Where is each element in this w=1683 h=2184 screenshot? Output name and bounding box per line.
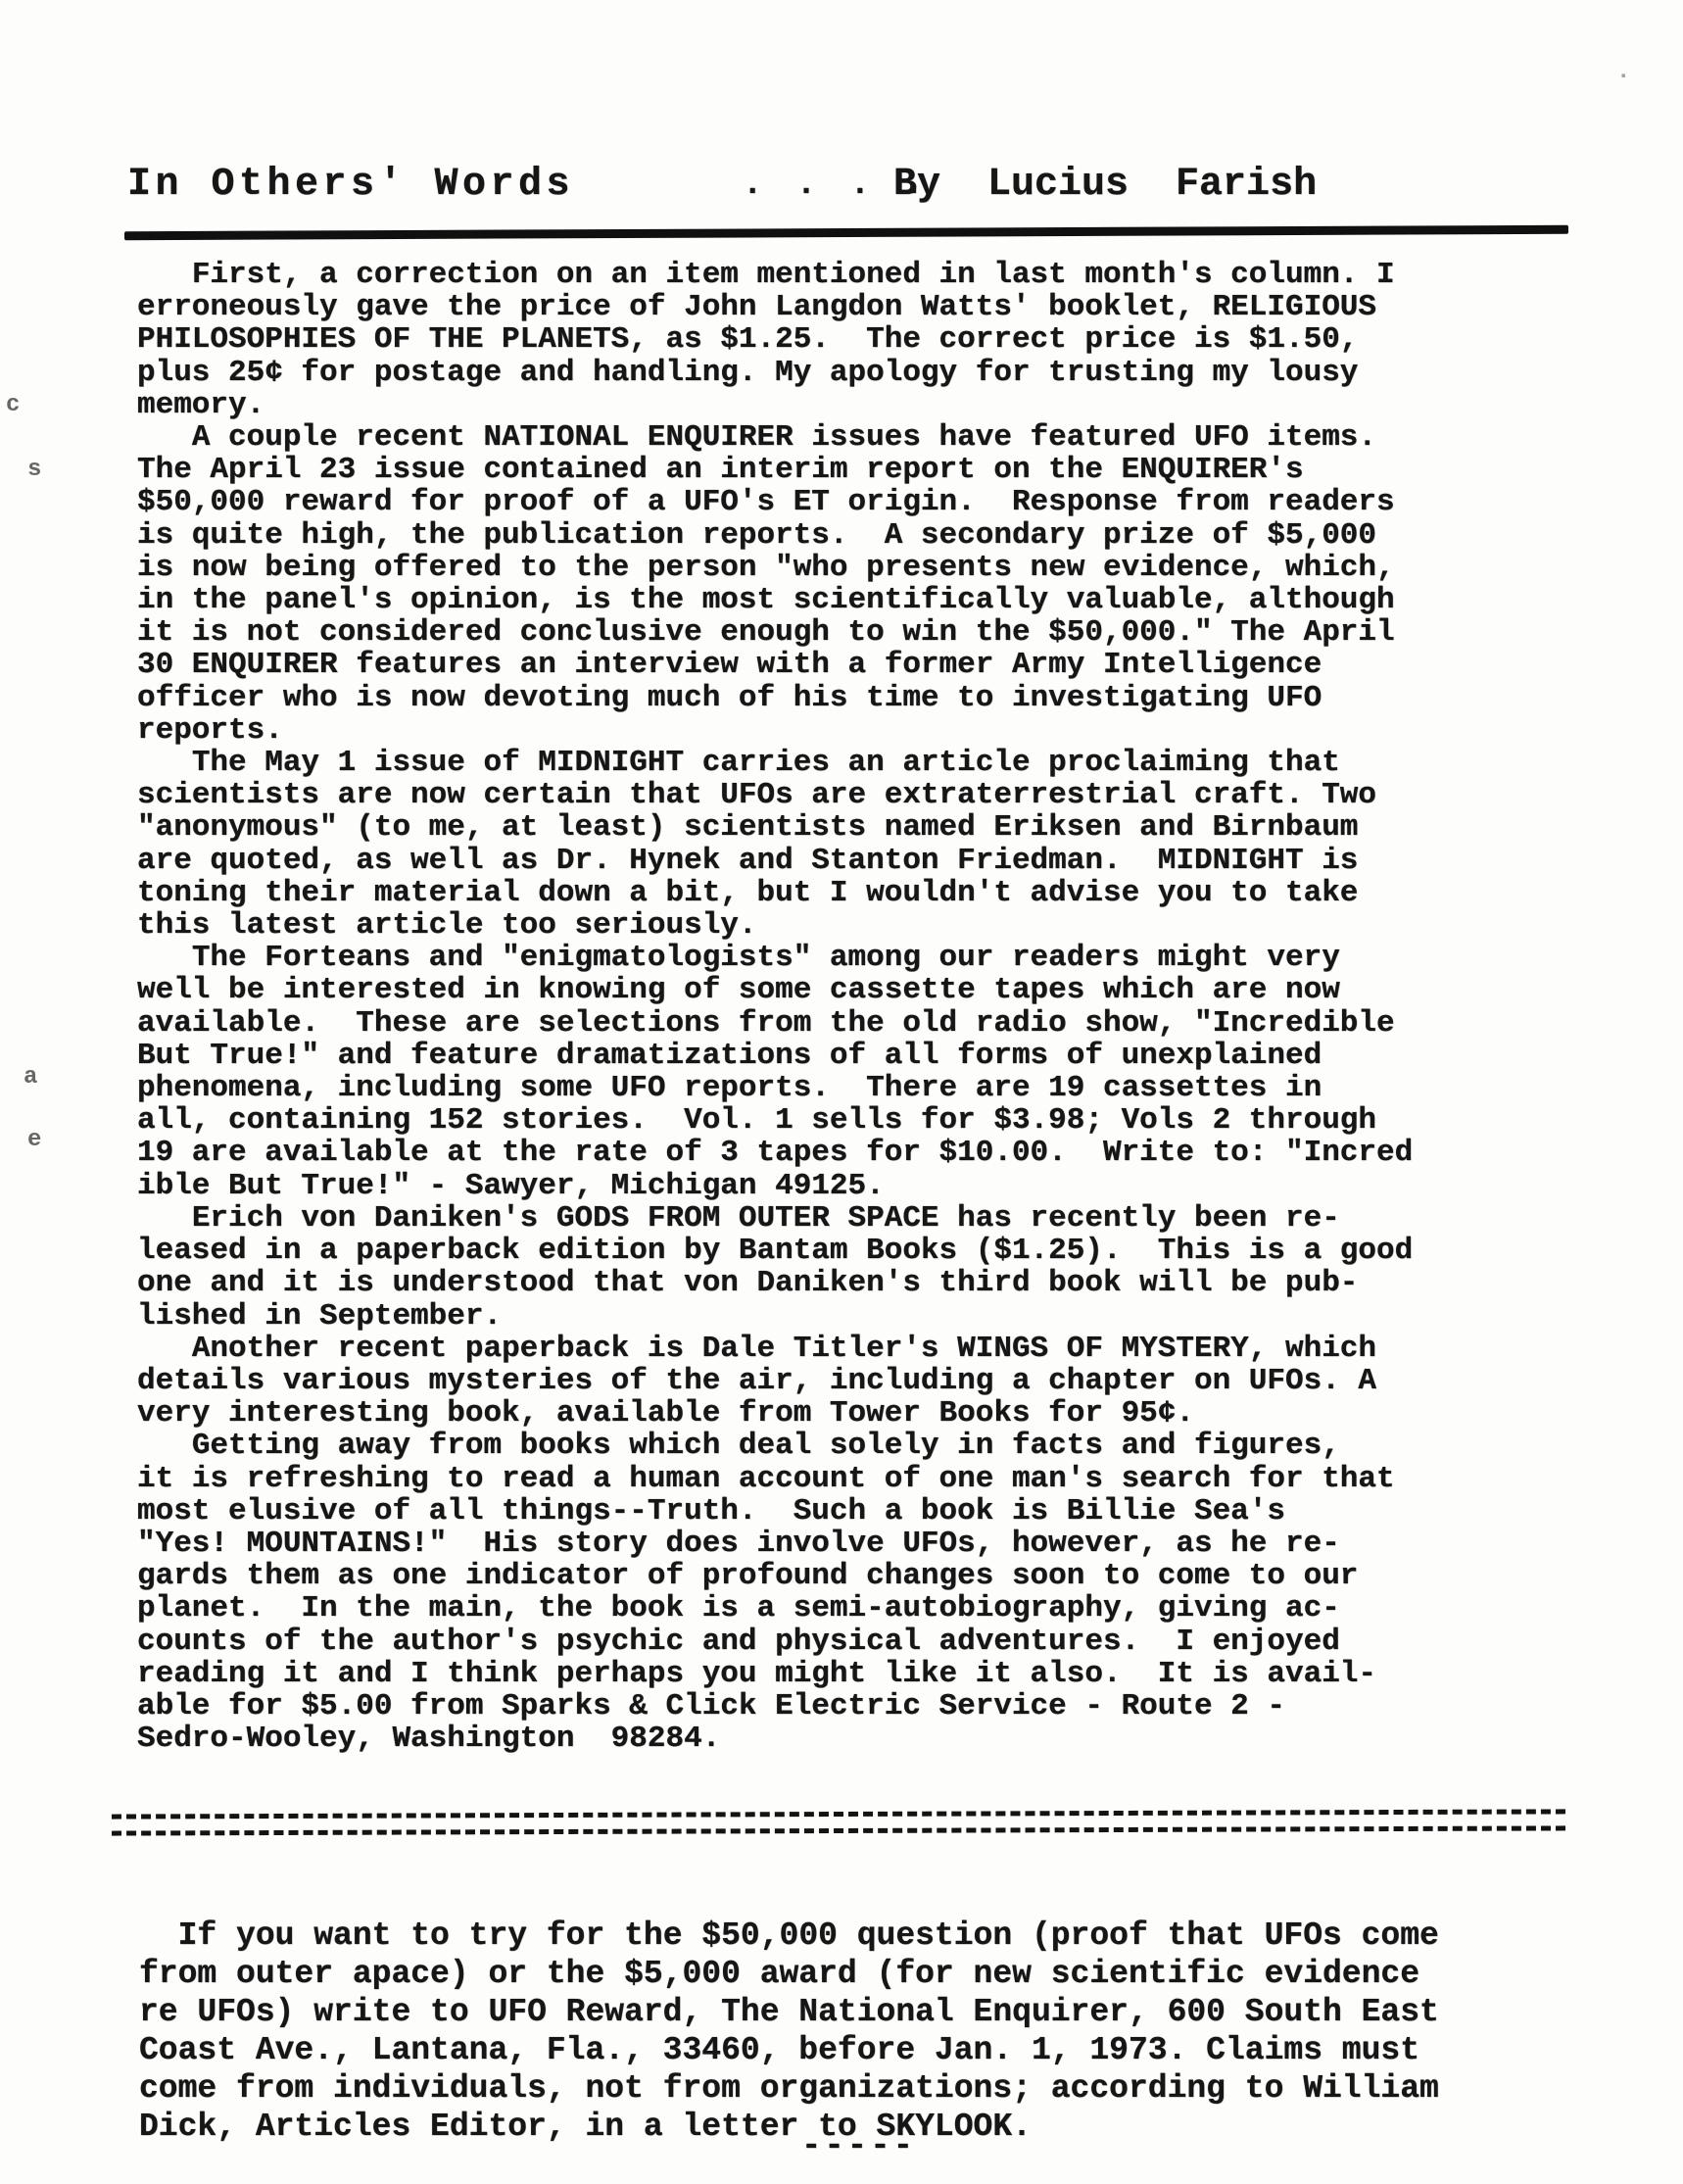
scanned-newsletter-page: In Others' Words . . . . By Lucius Faris… [0, 0, 1683, 2184]
paragraph-correction: First, a correction on an item mentioned… [137, 259, 1636, 421]
header-rule [124, 225, 1568, 240]
article-body: First, a correction on an item mentioned… [137, 259, 1636, 1755]
paragraph-wings-of-mystery: Another recent paperback is Dale Titler'… [137, 1333, 1636, 1431]
paragraph-enquirer: A couple recent NATIONAL ENQUIRER issues… [137, 421, 1636, 747]
end-mark: ----- [801, 2128, 916, 2165]
column-header: In Others' Words . . . . By Lucius Faris… [127, 163, 1567, 214]
paragraph-midnight: The May 1 issue of MIDNIGHT carries an a… [137, 747, 1636, 942]
paragraph-von-daniken: Erich von Daniken's GODS FROM OUTER SPAC… [137, 1202, 1636, 1333]
column-byline: By Lucius Farish [893, 163, 1317, 207]
scan-artifact: a [24, 1064, 37, 1091]
paragraph-yes-mountains: Getting away from books which deal solel… [137, 1430, 1636, 1755]
scan-artifact: . [1616, 59, 1630, 85]
paragraph-cassette-tapes: The Forteans and "enigmatologists" among… [137, 942, 1636, 1202]
scan-artifact: e [27, 1127, 41, 1153]
double-dashed-separator [112, 1809, 1565, 1835]
scan-artifact: s [27, 457, 41, 483]
footer-note: If you want to try for the $50,000 quest… [139, 1917, 1638, 2146]
column-title: In Others' Words [127, 163, 574, 207]
scan-artifact: c [6, 392, 20, 418]
